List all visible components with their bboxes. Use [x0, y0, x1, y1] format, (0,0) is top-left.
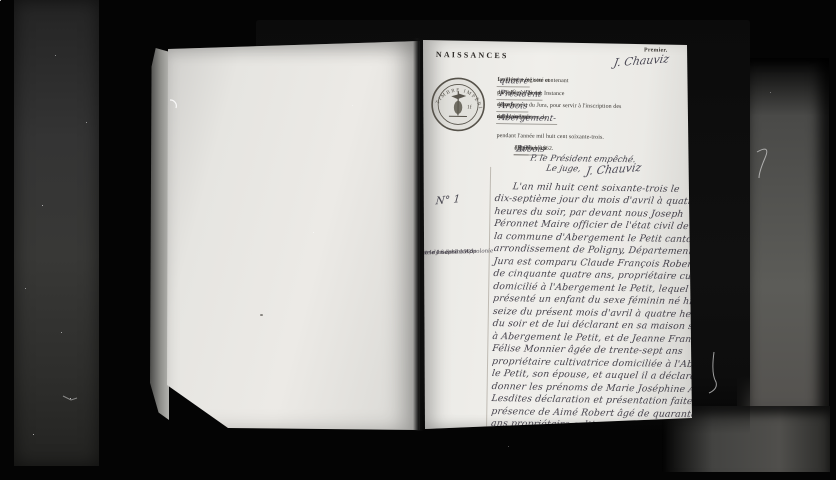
preamble-line-2: paraphé par Nous, Président du Tribunal … [497, 90, 695, 93]
act-number: N° 1 [435, 193, 460, 207]
imperial-stamp: TIMBRE IMPÉRIAL 1f [428, 74, 489, 135]
stamp-value-glyph: 1f [467, 104, 472, 111]
act-line: arrondissement de Poligny, Département d… [493, 243, 708, 257]
right-register-page: NAISSANCES Premier. J. Chauviz TIMBRE IM… [420, 38, 694, 432]
preamble-handwritten-commune: Abergement- [496, 113, 559, 125]
preamble-print: feuillets, a été coté et [497, 77, 549, 84]
book-gutter [413, 38, 424, 431]
shelf-edge-strip [14, 0, 99, 466]
preamble-print: du Tribunal de 1re Instance [497, 90, 564, 97]
judge-signature: J. Chauviz [585, 161, 642, 178]
margin-rule [486, 167, 491, 427]
page-content: NAISSANCES Premier. J. Chauviz TIMBRE IM… [414, 38, 694, 436]
left-page-fore-edge [150, 48, 169, 420]
preamble-line-1: Le présent registre contenant quatre feu… [498, 77, 696, 80]
naissances-heading: NAISSANCES [436, 50, 509, 60]
closing-print: décembre 1862. [514, 145, 553, 152]
judge-line: Le juge, [545, 164, 582, 175]
fait-double-line: Fait double à Arbois , le 20 décembre 18… [514, 145, 712, 148]
act-line: Péronnet Maire officier de l'état civil … [494, 218, 690, 232]
act-line: Lesdites déclaration et présentation fai… [491, 393, 713, 407]
left-blank-page [166, 40, 420, 432]
act-line: présenté un enfant du sexe féminin né hi… [492, 293, 703, 307]
film-speckles [0, 0, 1, 1]
paper-fleck [260, 314, 263, 316]
preamble-line-4: actes civils de naissances dans la commu… [497, 114, 695, 117]
act-line: du soir et de lui déclarant en sa maison… [492, 318, 718, 333]
margin-annotation-line: née le 16 avril 1863 [418, 248, 474, 258]
margin-annotation: Acte de naissance de Marie Joséphine App… [418, 247, 494, 249]
preamble-line-3: séant à Arbois département du Jura, pour… [497, 102, 695, 105]
preamble-line-6: pendant l'année mil huit cent soixante-t… [497, 133, 695, 136]
act-line: Félise Monnier âgée de trente-sept ans [492, 343, 684, 357]
photo-backdrop: NAISSANCES Premier. J. Chauviz TIMBRE IM… [0, 0, 836, 480]
folio-signature: J. Chauviz [613, 52, 670, 69]
preamble-print: pendant l'année mil huit cent soixante-t… [497, 133, 604, 141]
act-body-text: L'an mil huit cent soixante-trois le dix… [491, 181, 701, 436]
act-line: dix-septième jour du mois d'avril à quat… [494, 193, 699, 207]
